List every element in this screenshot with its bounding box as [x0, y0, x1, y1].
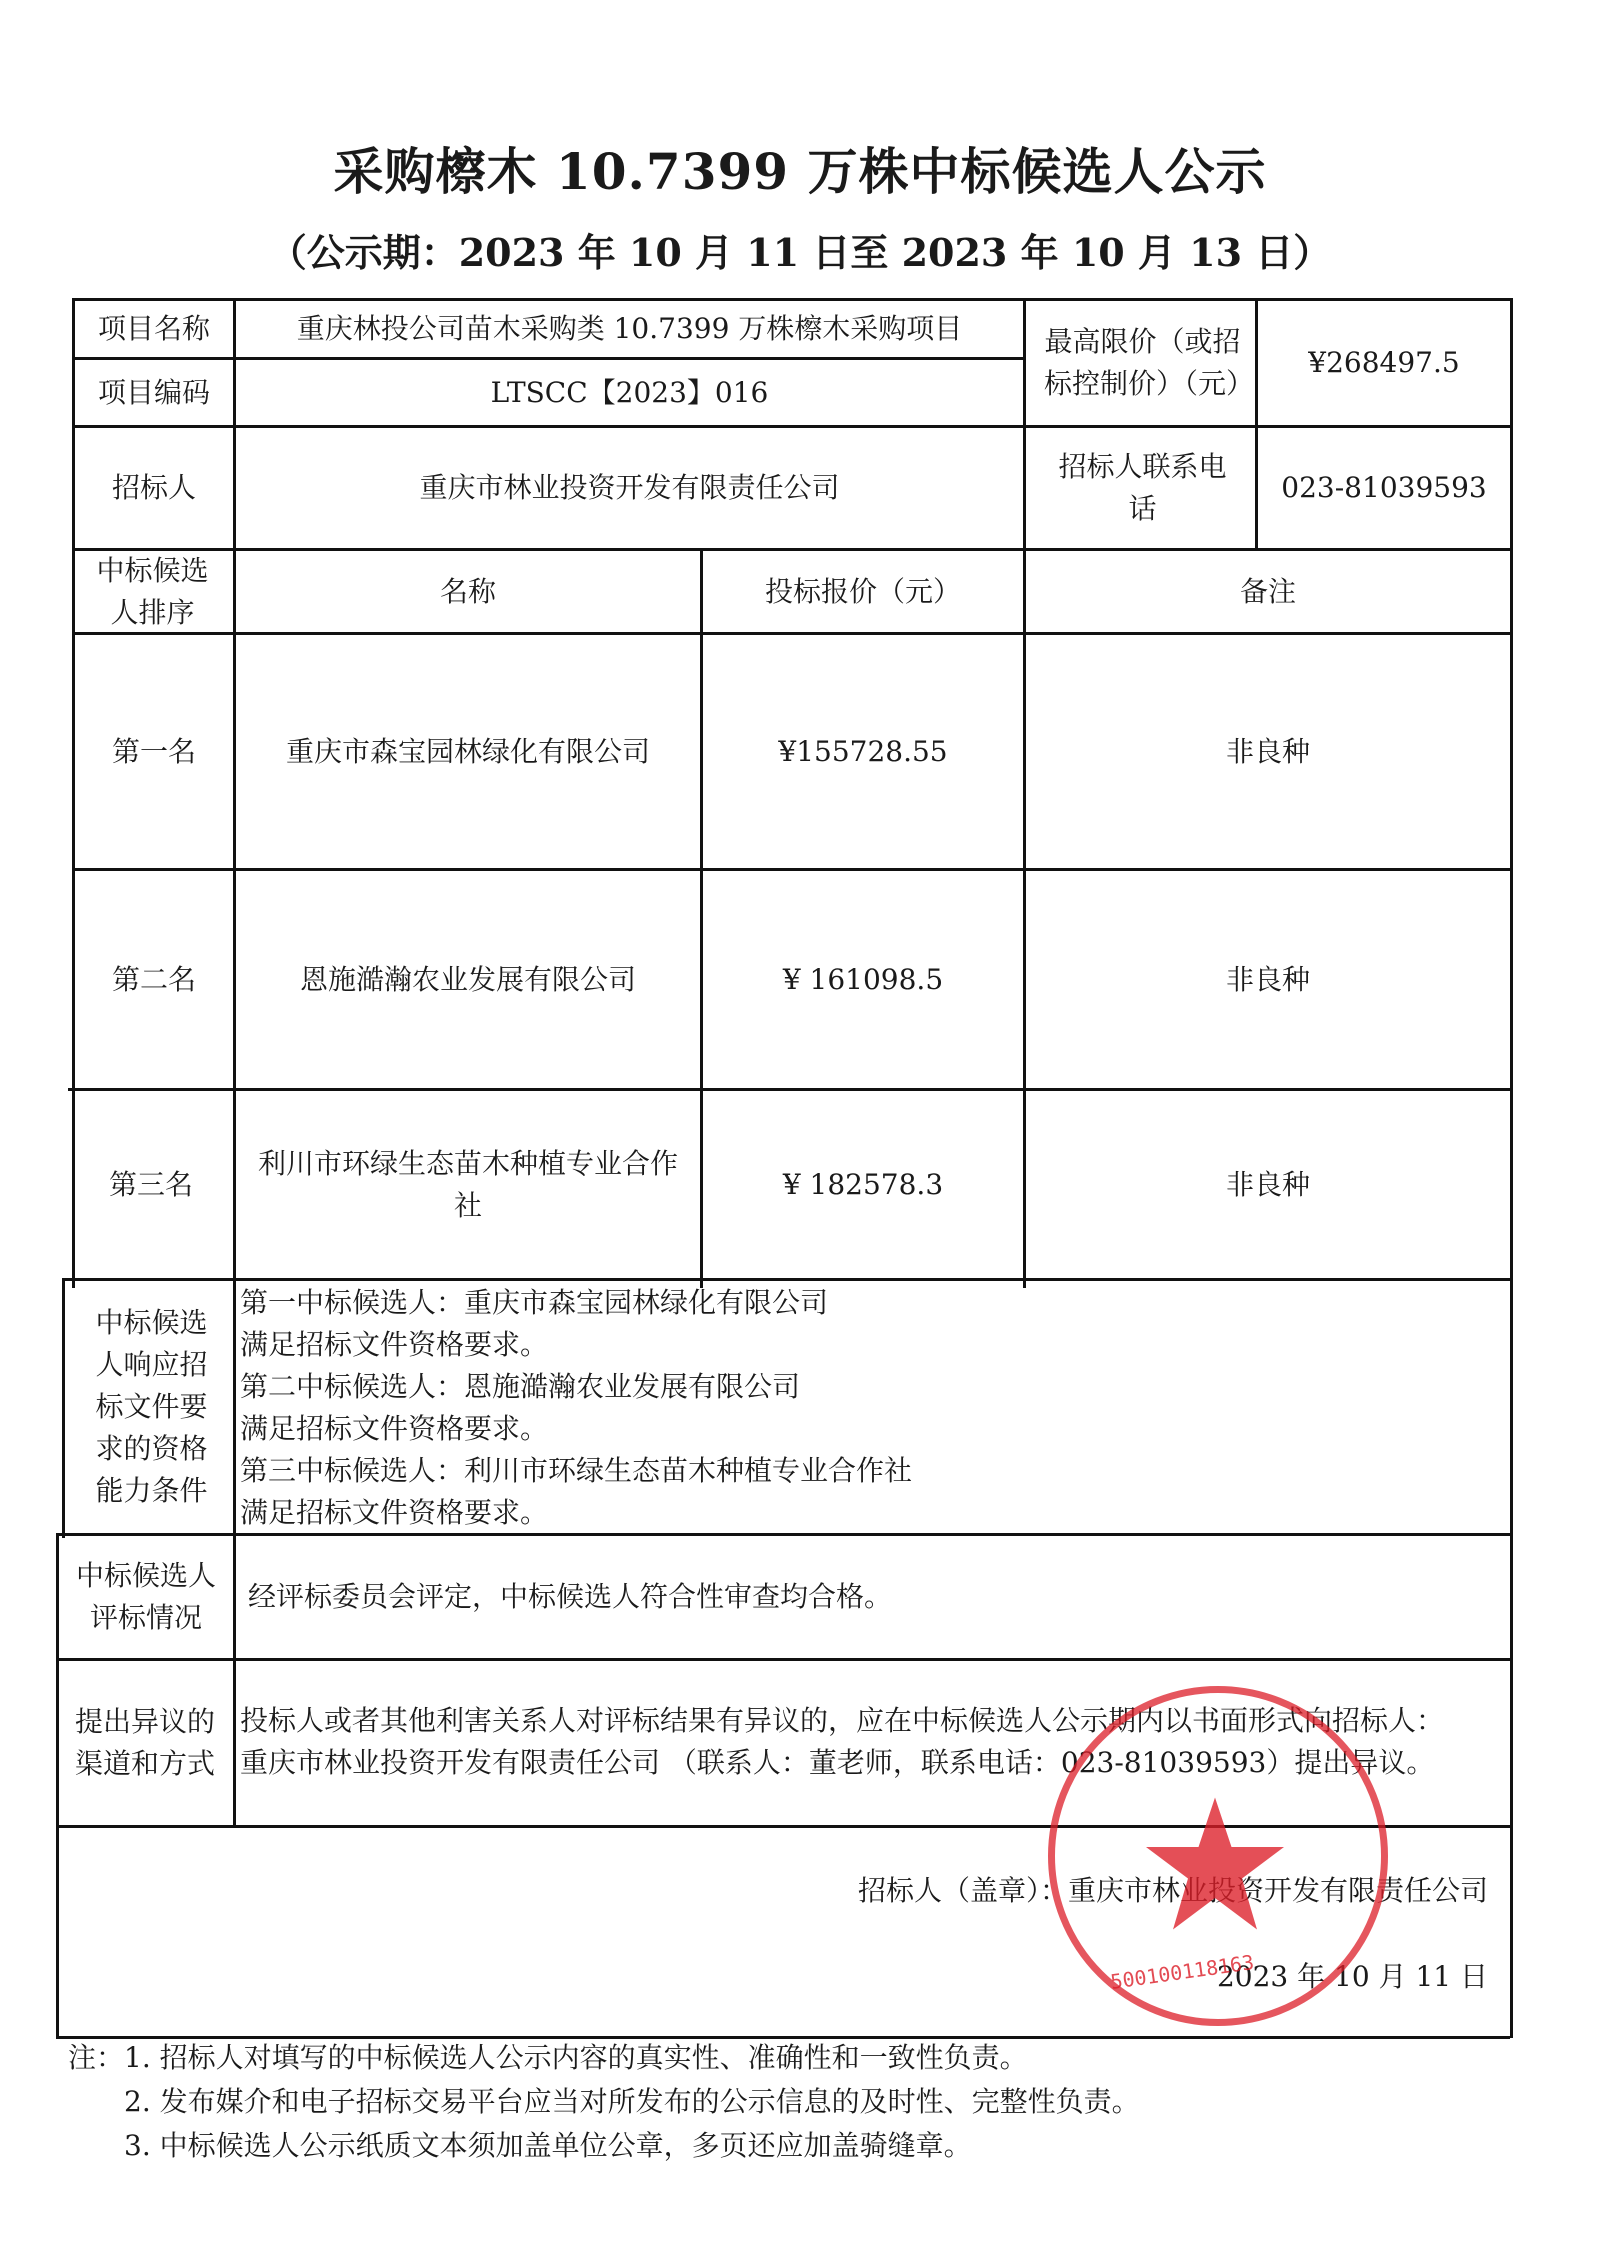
qualification-line: 第一中标候选人：重庆市森宝园林绿化有限公司 [240, 1282, 1500, 1324]
notes-prefix: 注： [68, 2041, 124, 2074]
objection-line: 投标人或者其他利害关系人对评标结果有异议的，应在中标候选人公示期内以书面形式向招… [240, 1700, 1510, 1742]
header-note: 备注 [1026, 551, 1510, 632]
qualification-text: 第一中标候选人：重庆市森宝园林绿化有限公司 满足招标文件资格要求。 第二中标候选… [240, 1282, 1500, 1534]
signature-label: 招标人（盖章）：重庆市林业投资开发有限责任公司 [858, 1870, 1488, 1912]
contact-phone-value: 023-81039593 [1258, 428, 1510, 548]
candidate-name: 利川市环绿生态苗木种植专业合作社 [236, 1091, 700, 1278]
candidate-rank: 第一名 [75, 635, 233, 868]
qualification-line: 满足招标文件资格要求。 [240, 1492, 1500, 1534]
project-code-label: 项目编码 [75, 360, 233, 425]
header-rank: 中标候选人排序 [80, 551, 225, 632]
tenderer-value: 重庆市林业投资开发有限责任公司 [236, 428, 1023, 548]
candidate-price: ¥ 182578.3 [703, 1091, 1023, 1278]
signature-date: 2023 年 10 月 11 日 [1217, 1956, 1488, 1998]
candidate-note: 非良种 [1026, 635, 1510, 868]
note-item: 3. 中标候选人公示纸质文本须加盖单位公章，多页还应加盖骑缝章。 [68, 2124, 1140, 2168]
objection-line: 重庆市林业投资开发有限责任公司 （联系人：董老师，联系电话：023-810395… [240, 1742, 1510, 1784]
evaluation-label: 中标候选人评标情况 [62, 1536, 230, 1658]
candidate-name: 重庆市森宝园林绿化有限公司 [236, 635, 700, 868]
note-item: 1. 招标人对填写的中标候选人公示内容的真实性、准确性和一致性负责。 [124, 2041, 1028, 2074]
qualification-line: 第二中标候选人：恩施澔瀚农业发展有限公司 [240, 1366, 1500, 1408]
header-price: 投标报价（元） [703, 551, 1023, 632]
qualification-line: 满足招标文件资格要求。 [240, 1324, 1500, 1366]
star-icon [1140, 1790, 1290, 1940]
candidate-note: 非良种 [1026, 1091, 1510, 1278]
candidate-note: 非良种 [1026, 871, 1510, 1088]
qualification-line: 第三中标候选人：利川市环绿生态苗木种植专业合作社 [240, 1450, 1500, 1492]
max-price-value: ¥268497.5 [1258, 300, 1510, 425]
candidate-name: 恩施澔瀚农业发展有限公司 [236, 871, 700, 1088]
document-subtitle: （公示期：2023 年 10 月 11 日至 2023 年 10 月 13 日） [0, 222, 1600, 277]
header-name: 名称 [236, 551, 700, 632]
qualification-line: 满足招标文件资格要求。 [240, 1408, 1500, 1450]
project-name-label: 项目名称 [75, 300, 233, 357]
document-title: 采购檫木 10.7399 万株中标候选人公示 [0, 132, 1600, 204]
project-name-value: 重庆林投公司苗木采购类 10.7399 万株檫木采购项目 [236, 300, 1023, 357]
candidate-price: ¥ 161098.5 [703, 871, 1023, 1088]
candidate-rank: 第三名 [72, 1091, 230, 1278]
footnotes: 注：1. 招标人对填写的中标候选人公示内容的真实性、准确性和一致性负责。 2. … [68, 2036, 1140, 2168]
note-item: 2. 发布媒介和电子招标交易平台应当对所发布的公示信息的及时性、完整性负责。 [68, 2080, 1140, 2124]
candidate-price: ¥155728.55 [703, 635, 1023, 868]
evaluation-text: 经评标委员会评定，中标候选人符合性审查均合格。 [240, 1536, 1500, 1658]
tenderer-label: 招标人 [75, 428, 233, 548]
project-code-value: LTSCC【2023】016 [236, 360, 1023, 425]
candidate-rank: 第二名 [75, 871, 233, 1088]
objection-label: 提出异议的渠道和方式 [60, 1661, 230, 1825]
objection-text: 投标人或者其他利害关系人对评标结果有异议的，应在中标候选人公示期内以书面形式向招… [240, 1700, 1510, 1784]
max-price-label: 最高限价（或招标控制价）（元） [1030, 300, 1255, 425]
contact-phone-label: 招标人联系电话 [1040, 428, 1245, 548]
qualification-label: 中标候选人响应招标文件要求的资格能力条件 [70, 1281, 233, 1533]
